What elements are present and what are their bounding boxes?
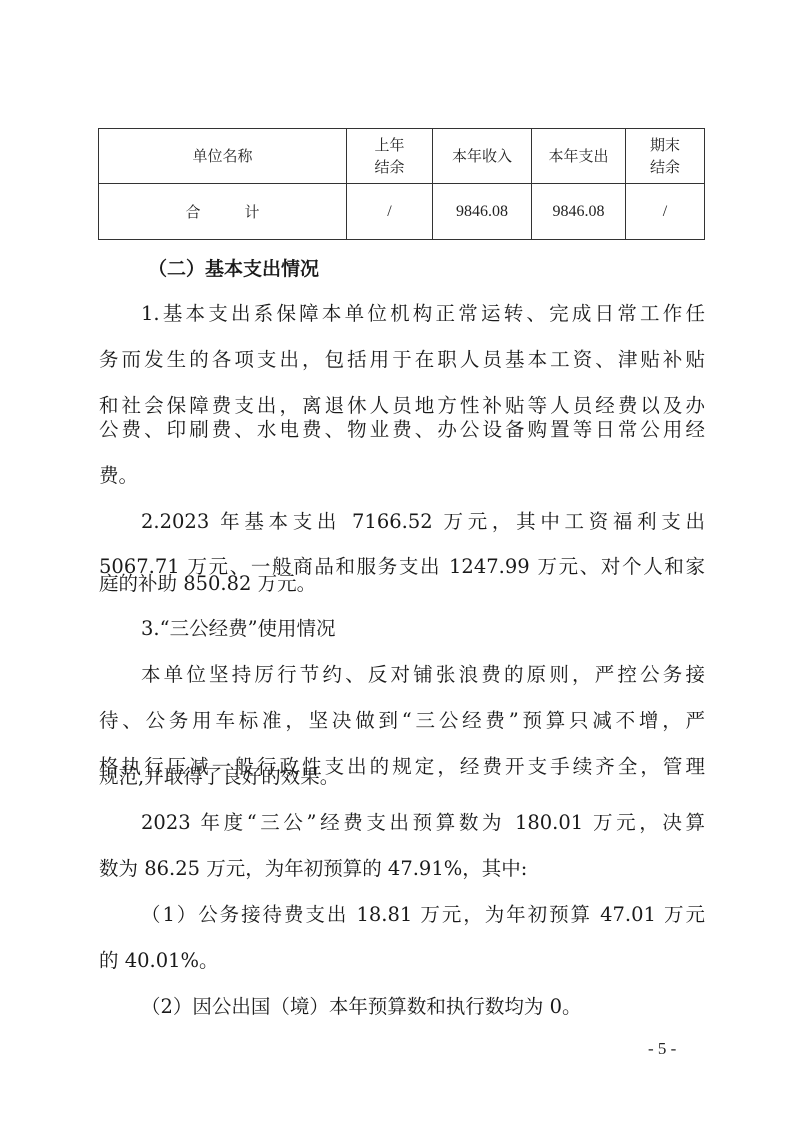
header-income-text: 本年收入 [452, 147, 512, 165]
para4-line1: 2023 年度“三公”经费支出预算数为 180.01 万元，决算 [141, 809, 705, 837]
para1-line2: 务而发生的各项支出，包括用于在职人员基本工资、津贴补贴 [99, 346, 705, 374]
page-number: - 5 - [648, 1039, 676, 1059]
budget-summary-table: 单位名称 上年 结余 本年收入 本年支出 期末 结余 合计 / 9846.08 [98, 128, 705, 240]
para2-line3: 庭的补助 850.82 万元。 [99, 570, 705, 598]
para3-line4: 规范,并取得了良好的效果。 [99, 763, 705, 791]
header-unit-name: 单位名称 [99, 129, 347, 184]
para3-line1: 本单位坚持厉行节约、反对铺张浪费的原则，严控公务接 [141, 661, 705, 689]
cell-total-prev-balance: / [347, 184, 433, 240]
para1-line5: 费。 [99, 462, 705, 490]
header-expense-text: 本年支出 [548, 147, 608, 165]
header-prev-balance: 上年 结余 [347, 129, 433, 184]
header-unit-name-text: 单位名称 [192, 147, 252, 165]
section-heading: （二）基本支出情况 [148, 255, 448, 283]
cell-total-expense: 9846.08 [532, 184, 626, 240]
para3-line2: 待、公务用车标准，坚决做到“三公经费”预算只减不增，严 [99, 707, 705, 735]
item3-title: 3.“三公经费”使用情况 [141, 615, 705, 643]
header-end-balance-line1: 期末 [626, 134, 704, 156]
cell-total-label: 合计 [99, 184, 347, 240]
table-header-row: 单位名称 上年 结余 本年收入 本年支出 期末 结余 [99, 129, 705, 184]
total-label-b: 计 [245, 203, 260, 221]
para5-line1: （1）公务接待费支出 18.81 万元，为年初预算 47.01 万元 [141, 901, 705, 929]
table-row-total: 合计 / 9846.08 9846.08 / [99, 184, 705, 240]
header-prev-balance-line1: 上年 [347, 134, 432, 156]
cell-total-income: 9846.08 [433, 184, 532, 240]
header-prev-balance-line2: 结余 [347, 156, 432, 178]
para1-line4: 公费、印刷费、水电费、物业费、办公设备购置等日常公用经 [99, 416, 705, 444]
header-income: 本年收入 [433, 129, 532, 184]
header-end-balance-line2: 结余 [626, 156, 704, 178]
para2-line1: 2.2023 年基本支出 7166.52 万元，其中工资福利支出 [141, 508, 705, 536]
para5-line2: 的 40.01%。 [99, 947, 705, 975]
para4-line2: 数为 86.25 万元，为年初预算的 47.91%，其中: [99, 855, 705, 883]
cell-total-end-balance: / [626, 184, 705, 240]
para1-line1: 1.基本支出系保障本单位机构正常运转、完成日常工作任 [141, 300, 705, 328]
header-expense: 本年支出 [532, 129, 626, 184]
header-end-balance: 期末 结余 [626, 129, 705, 184]
document-page: 单位名称 上年 结余 本年收入 本年支出 期末 结余 合计 / 9846.08 [0, 0, 794, 1122]
total-label-a: 合 [185, 203, 200, 221]
para6-line1: （2）因公出国（境）本年预算数和执行数均为 0。 [141, 993, 705, 1021]
